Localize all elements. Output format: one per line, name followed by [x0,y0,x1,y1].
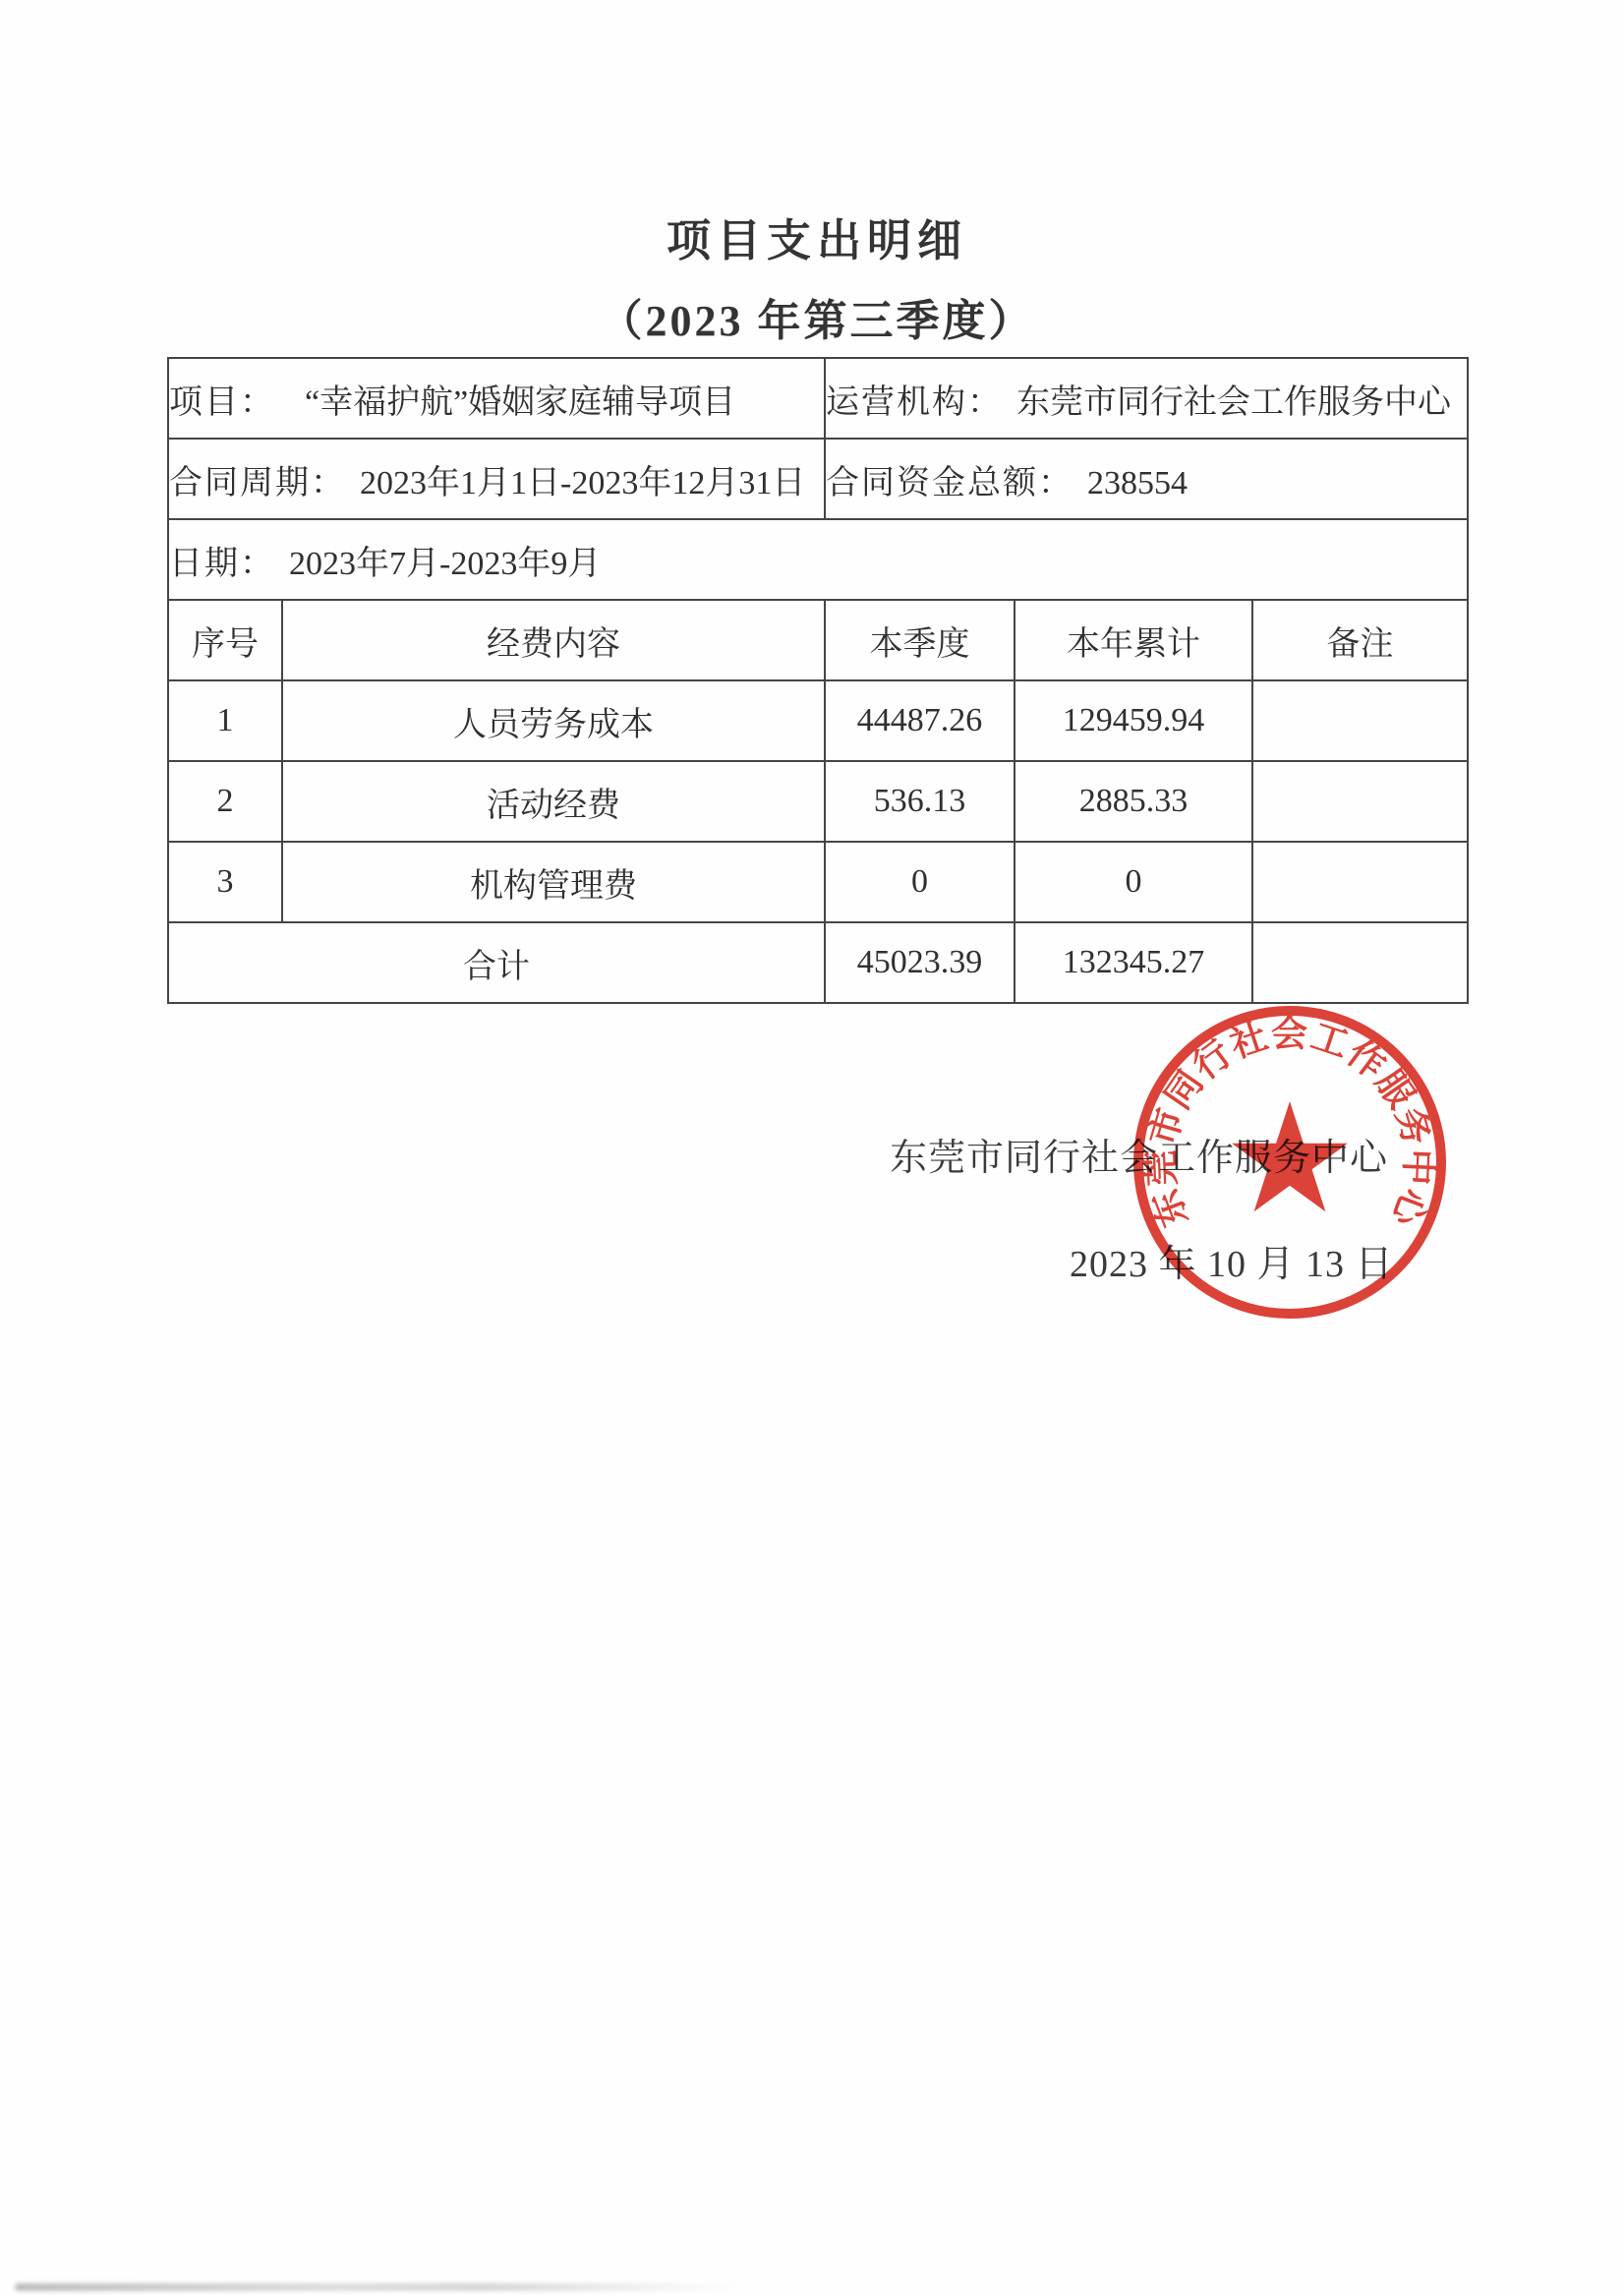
row-no: 3 [168,842,282,922]
row-quarter: 536.13 [825,761,1015,842]
expense-detail-table: 项目：“幸福护航”婚姻家庭辅导项目 运营机构：东莞市同行社会工作服务中心 合同周… [167,357,1469,1004]
contract-period-value: 2023年1月1日-2023年12月31日 [360,465,805,501]
table-row: 1 人员劳务成本 44487.26 129459.94 [168,680,1468,761]
official-seal-stamp: 东莞市同行社会工作服务中心 [1123,995,1457,1329]
date-range-value: 2023年7月-2023年9月 [289,546,601,582]
project-value: “幸福护航”婚姻家庭辅导项目 [305,384,735,421]
total-label: 合计 [168,922,825,1003]
header-quarter: 本季度 [825,600,1015,680]
project-label: 项目： [169,384,275,421]
contract-total-cell: 合同资金总额：238554 [825,439,1468,519]
page-title: 项目支出明细 [167,205,1467,268]
scan-artifact [15,2283,737,2291]
info-row-project: 项目：“幸福护航”婚姻家庭辅导项目 运营机构：东莞市同行社会工作服务中心 [168,358,1468,439]
table-row: 2 活动经费 536.13 2885.33 [168,761,1468,842]
row-year-total: 129459.94 [1015,680,1252,761]
total-quarter: 45023.39 [825,922,1015,1003]
total-row: 合计 45023.39 132345.27 [168,922,1468,1003]
row-no: 1 [168,680,282,761]
table-row: 3 机构管理费 0 0 [168,842,1468,922]
project-cell: 项目：“幸福护航”婚姻家庭辅导项目 [168,358,825,439]
header-no: 序号 [168,600,282,680]
header-note: 备注 [1252,600,1468,680]
operator-value: 东莞市同行社会工作服务中心 [1016,384,1451,421]
seal-star-icon [1232,1101,1348,1211]
page-subtitle: （2023 年第三季度） [167,285,1467,348]
row-note [1252,680,1468,761]
row-no: 2 [168,761,282,842]
row-year-total: 0 [1015,842,1252,922]
row-year-total: 2885.33 [1015,761,1252,842]
header-content: 经费内容 [282,600,825,680]
total-year-total: 132345.27 [1015,922,1252,1003]
contract-total-label: 合同资金总额： [826,465,1073,501]
operator-label: 运营机构： [826,384,1003,421]
total-note [1252,922,1468,1003]
contract-period-cell: 合同周期：2023年1月1日-2023年12月31日 [168,439,825,519]
header-row: 序号 经费内容 本季度 本年累计 备注 [168,600,1468,680]
info-row-date: 日期：2023年7月-2023年9月 [168,519,1468,600]
row-quarter: 0 [825,842,1015,922]
row-content: 活动经费 [282,761,825,842]
row-content: 机构管理费 [282,842,825,922]
header-year-total: 本年累计 [1015,600,1252,680]
seal-graphic: 东莞市同行社会工作服务中心 [1123,995,1457,1329]
contract-total-value: 238554 [1087,465,1188,501]
date-range-label: 日期： [169,546,275,582]
row-note [1252,842,1468,922]
operator-cell: 运营机构：东莞市同行社会工作服务中心 [825,358,1468,439]
scanned-document-page: 项目支出明细 （2023 年第三季度） 项目：“幸福护航”婚姻家庭辅导项目 运营… [0,0,1624,2295]
row-content: 人员劳务成本 [282,680,825,761]
row-note [1252,761,1468,842]
row-quarter: 44487.26 [825,680,1015,761]
info-row-contract: 合同周期：2023年1月1日-2023年12月31日 合同资金总额：238554 [168,439,1468,519]
contract-period-label: 合同周期： [169,465,346,501]
date-range-cell: 日期：2023年7月-2023年9月 [168,519,1468,600]
